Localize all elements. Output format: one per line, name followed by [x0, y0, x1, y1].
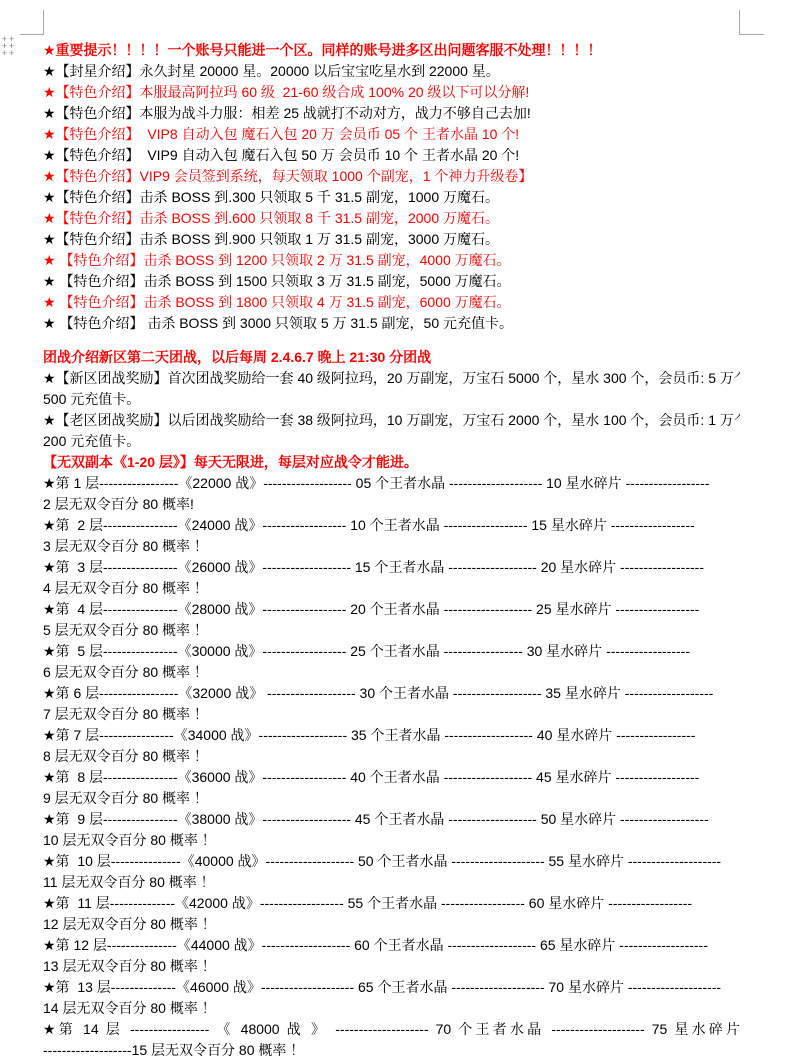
floor-token-line: 13 层无双令百分 80 概率 ！ [43, 956, 740, 977]
drag-dot: + [1, 50, 8, 57]
section-gap [43, 334, 740, 347]
floor-reward-line: ★第 14 层 ----------------- 《 48000 战 》 --… [43, 1019, 740, 1040]
floor-reward-line: ★第 10 层---------------《40000 战》---------… [43, 851, 740, 872]
floor-token-line: 14 层无双令百分 80 概率 ！ [43, 998, 740, 1019]
floor-reward-line: ★第 1 层-----------------《22000 战》--------… [43, 473, 740, 494]
notice-line: ★【特色介绍】VIP9 会员签到系统，每天领取 1000 个副宠，1 个神力升级… [43, 166, 740, 187]
floor-token-line: 12 层无双令百分 80 概率 ！ [43, 914, 740, 935]
floor-token-line: -------------------15 层无双令百分 80 概率 ！ [43, 1040, 740, 1059]
floor-token-line: 5 层无双令百分 80 概率 ！ [43, 620, 740, 641]
notice-line: ★【特色介绍】击杀 BOSS 到.600 只领取 8 千 31.5 副宠，200… [43, 208, 740, 229]
floor-reward-line: ★第 6 层-----------------《32000 战》 -------… [43, 683, 740, 704]
notice-line: ★【特色介绍】 VIP8 自动入包 魔石入包 20 万 会员币 05 个 王者水… [43, 124, 740, 145]
floor-token-line: 7 层无双令百分 80 概率 ！ [43, 704, 740, 725]
notice-line: ★【特色介绍】本服为战斗力服：相差 25 战就打不动对方，战力不够自己去加! [43, 103, 740, 124]
notice-line: ★【特色介绍】击杀 BOSS 到.900 只领取 1 万 31.5 副宠，300… [43, 229, 740, 250]
floor-token-line: 6 层无双令百分 80 概率 ！ [43, 662, 740, 683]
floor-reward-line: ★第 11 层--------------《42000 战》----------… [43, 893, 740, 914]
new-zone-reward-line: ★【新区团战奖励】首次团战奖励给一套 40 级阿拉玛，20 万副宠，万宝石 50… [43, 368, 740, 389]
floor-token-line: 2 层无双令百分 80 概率! [43, 494, 740, 515]
floor-reward-line: ★第 2 层----------------《24000 战》---------… [43, 515, 740, 536]
document-content: ★重要提示！！！！一个账号只能进一个区。同样的账号进多区出问题客服不处理！！！！… [43, 40, 740, 1059]
notice-line: ★【封星介绍】永久封星 20000 星。20000 以后宝宝吃星水到 22000… [43, 61, 740, 82]
notice-line: ★ 【特色介绍】 击杀 BOSS 到 3000 只领取 5 万 31.5 副宠，… [43, 313, 740, 334]
floor-reward-line: ★第 13 层--------------《46000 战》----------… [43, 977, 740, 998]
floor-reward-line: ★第 3 层----------------《26000 战》---------… [43, 557, 740, 578]
notice-line: ★【特色介绍】 VIP9 自动入包 魔石入包 50 万 会员币 10 个 王者水… [43, 145, 740, 166]
notice-line-important: ★重要提示！！！！一个账号只能进一个区。同样的账号进多区出问题客服不处理！！！！ [43, 40, 740, 61]
floor-token-line: 8 层无双令百分 80 概率 ！ [43, 746, 740, 767]
dungeon-header: 【无双副本《1-20 层》】每天无限进，每层对应战令才能进。 [43, 452, 740, 473]
drag-dot: + [8, 50, 15, 57]
paragraph-drag-handle-icon[interactable]: + + + + + + [1, 36, 15, 57]
old-zone-reward-line: 200 元充值卡。 [43, 431, 740, 452]
team-battle-header: 团战介绍新区第二天团战，以后每周 2.4.6.7 晚上 21:30 分团战 [43, 347, 740, 368]
floor-token-line: 9 层无双令百分 80 概率 ！ [43, 788, 740, 809]
notice-line: ★【特色介绍】本服最高阿拉玛 60 级 21-60 级合成 100% 20 级以… [43, 82, 740, 103]
text-boundary-corner-top-left [20, 10, 44, 35]
floor-reward-line: ★第 12 层---------------《44000 战》---------… [43, 935, 740, 956]
new-zone-reward-line: 500 元充值卡。 [43, 389, 740, 410]
notice-line: ★ 【特色介绍】击杀 BOSS 到 1500 只领取 3 万 31.5 副宠，5… [43, 271, 740, 292]
document-page: + + + + + + ★重要提示！！！！一个账号只能进一个区。同样的账号进多区… [0, 0, 786, 1059]
floor-token-line: 4 层无双令百分 80 概率 ！ [43, 578, 740, 599]
floor-token-line: 11 层无双令百分 80 概率 ！ [43, 872, 740, 893]
notice-line: ★ 【特色介绍】击杀 BOSS 到 1800 只领取 4 万 31.5 副宠，6… [43, 292, 740, 313]
old-zone-reward-line: ★【老区团战奖励】以后团战奖励给一套 38 级阿拉玛，10 万副宠，万宝石 20… [43, 410, 740, 431]
notice-line: ★ 【特色介绍】击杀 BOSS 到 1200 只领取 2 万 31.5 副宠，4… [43, 250, 740, 271]
floor-token-line: 3 层无双令百分 80 概率 ！ [43, 536, 740, 557]
text-boundary-corner-top-right [739, 10, 764, 35]
floor-reward-line: ★第 4 层----------------《28000 战》---------… [43, 599, 740, 620]
floor-reward-line: ★第 8 层----------------《36000 战》---------… [43, 767, 740, 788]
floor-token-line: 10 层无双令百分 80 概率 ！ [43, 830, 740, 851]
floor-reward-line: ★第 7 层----------------《34000 战》---------… [43, 725, 740, 746]
notice-line: ★【特色介绍】击杀 BOSS 到.300 只领取 5 千 31.5 副宠，100… [43, 187, 740, 208]
floor-reward-line: ★第 5 层----------------《30000 战》---------… [43, 641, 740, 662]
floor-reward-line: ★第 9 层----------------《38000 战》---------… [43, 809, 740, 830]
